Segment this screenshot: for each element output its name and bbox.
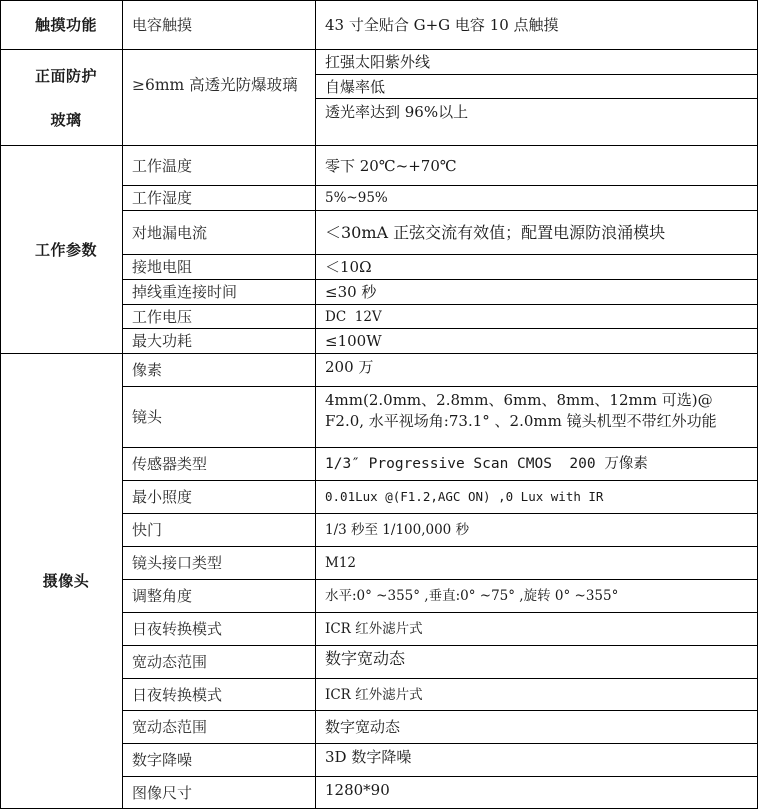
spec-value: 自爆率低 [316,75,758,99]
spec-key: 日夜转换模式 [123,613,316,646]
table-row: 触摸功能 电容触摸 43 寸全贴合 G+G 电容 10 点触摸 [1,1,758,50]
spec-key: 传感器类型 [123,448,316,481]
spec-value: 200 万 [316,354,758,387]
table-row: 正面防护 玻璃 ≥6mm 高透光防爆玻璃 扛强太阳紫外线 [1,50,758,75]
spec-key: 电容触摸 [123,1,316,50]
spec-key: 宽动态范围 [123,646,316,679]
spec-key: 对地漏电流 [123,211,316,255]
category-glass-line1: 正面防护 [10,54,122,98]
spec-value: 扛强太阳紫外线 [316,50,758,75]
spec-value: ICR 红外滤片式 [316,679,758,711]
spec-table: 触摸功能 电容触摸 43 寸全贴合 G+G 电容 10 点触摸 正面防护 玻璃 … [0,0,758,809]
spec-value: 水平:0° ~355° ,垂直:0° ~75° ,旋转 0° ~355° [316,580,758,613]
spec-key: 最大功耗 [123,329,316,354]
category-touch: 触摸功能 [1,1,123,50]
spec-value: 1280*90 [316,777,758,809]
spec-value: ICR 红外滤片式 [316,613,758,646]
spec-key: 数字降噪 [123,744,316,777]
spec-key: 图像尺寸 [123,777,316,809]
spec-value: 数字宽动态 [316,646,758,679]
spec-key: 宽动态范围 [123,711,316,744]
spec-value: M12 [316,547,758,580]
spec-value: 数字宽动态 [316,711,758,744]
spec-key: 调整角度 [123,580,316,613]
spec-value: DC 12V [316,305,758,329]
spec-value: ≤30 秒 [316,280,758,305]
spec-key: 镜头接口类型 [123,547,316,580]
spec-key: ≥6mm 高透光防爆玻璃 [123,50,316,146]
spec-key: 日夜转换模式 [123,679,316,711]
spec-value: 3D 数字降噪 [316,744,758,777]
spec-value: ≤100W [316,329,758,354]
spec-key: 镜头 [123,387,316,448]
table-row: 摄像头 像素 200 万 [1,354,758,387]
spec-key: 工作湿度 [123,186,316,211]
spec-value: ＜10Ω [316,255,758,280]
spec-key: 接地电阻 [123,255,316,280]
spec-key: 工作电压 [123,305,316,329]
spec-key: 像素 [123,354,316,387]
spec-key: 快门 [123,514,316,547]
spec-value: 0.01Lux @(F1.2,AGC ON) ,0 Lux with IR [316,481,758,514]
spec-value: 4mm(2.0mm、2.8mm、6mm、8mm、12mm 可选)@ F2.0, … [316,387,758,448]
spec-key: 最小照度 [123,481,316,514]
spec-value: 43 寸全贴合 G+G 电容 10 点触摸 [316,1,758,50]
category-glass: 正面防护 玻璃 [1,50,123,146]
spec-value: 5%~95% [316,186,758,211]
spec-value: ＜30mA 正弦交流有效值；配置电源防浪涌模块 [316,211,758,255]
spec-key: 工作温度 [123,146,316,186]
spec-value: 1/3 秒至 1/100,000 秒 [316,514,758,547]
category-glass-line2: 玻璃 [10,98,122,142]
category-work: 工作参数 [1,146,123,354]
spec-value: 零下 20℃~+70℃ [316,146,758,186]
spec-key: 掉线重连接时间 [123,280,316,305]
category-camera: 摄像头 [1,354,123,809]
spec-value: 1/3″ Progressive Scan CMOS 200 万像素 [316,448,758,481]
table-row: 工作参数 工作温度 零下 20℃~+70℃ [1,146,758,186]
spec-value: 透光率达到 96%以上 [316,99,758,146]
